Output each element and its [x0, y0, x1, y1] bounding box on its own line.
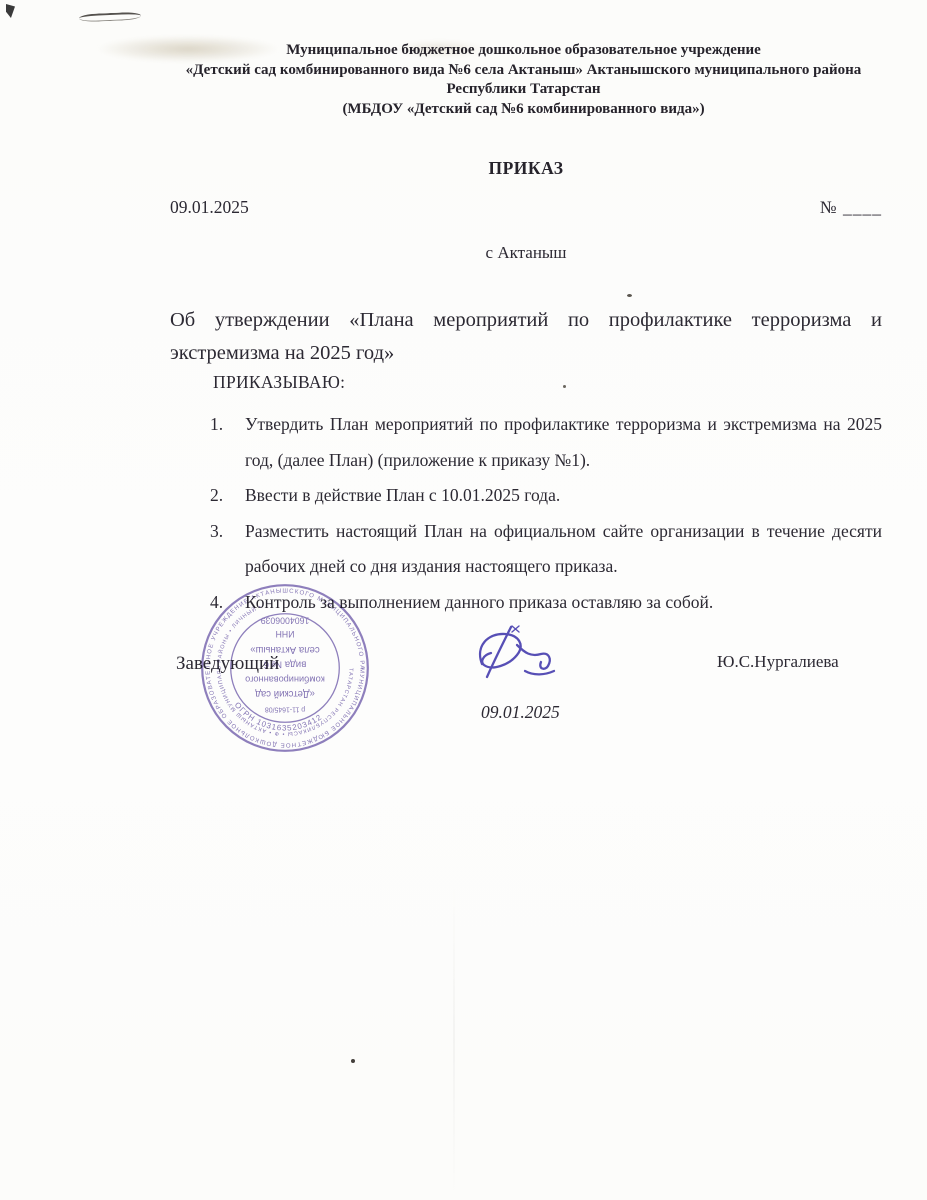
scan-artifact-speck: [563, 385, 566, 388]
subject-line: Об утверждении «Плана мероприятий по про…: [170, 304, 882, 337]
number-blank-line: ____: [843, 197, 882, 217]
org-header-line: Муниципальное бюджетное дошкольное образ…: [150, 41, 897, 61]
item-number: 2.: [210, 478, 223, 514]
item-number: 3.: [210, 514, 223, 550]
scan-artifact-fold-line: [453, 880, 455, 1200]
stamp-line: ИНН: [276, 629, 295, 639]
org-header-line: «Детский сад комбинированного вида №6 се…: [150, 61, 897, 81]
scanned-document-page: Муниципальное бюджетное дошкольное образ…: [0, 0, 927, 1200]
stamp-line: вида № 6: [264, 659, 307, 670]
stamp-line: 1604006039: [261, 615, 310, 625]
org-header-line: (МБДОУ «Детский сад №6 комбинированного …: [150, 100, 897, 120]
item-text: Утвердить План мероприятий по профилакти…: [245, 414, 882, 470]
scan-artifact-pen-streak: [79, 12, 141, 23]
stamp-line: р 11-1645/08: [265, 706, 305, 713]
stamp-line: комбинированного: [245, 674, 325, 684]
signature-cross: [512, 626, 519, 632]
stamp-line: «Детский сад: [255, 688, 315, 699]
date-number-row: 09.01.2025 № ____: [170, 197, 882, 218]
official-stamp: МУНИЦИПАЛЬНОЕ БЮДЖЕТНОЕ ДОШКОЛЬНОЕ ОБРАЗ…: [193, 576, 377, 760]
document-date: 09.01.2025: [170, 197, 249, 218]
document-number: № ____: [820, 197, 882, 218]
order-item: 1. Утвердить План мероприятий по профила…: [170, 407, 882, 478]
stamp-center-lines: р 11-1645/08 «Детский сад комбинированно…: [245, 615, 325, 712]
signature-date: 09.01.2025: [481, 702, 560, 723]
stamp-line: села Актаныш»: [250, 644, 319, 655]
order-item: 3. Разместить настоящий План на официаль…: [170, 514, 882, 585]
document-subject: Об утверждении «Плана мероприятий по про…: [170, 304, 882, 370]
handwritten-signature: [468, 624, 564, 692]
subject-line: экстремизма на 2025 год»: [170, 337, 882, 370]
scan-artifact-speck: [351, 1059, 355, 1063]
org-header: Муниципальное бюджетное дошкольное образ…: [150, 41, 897, 119]
scan-artifact-corner-speck: [6, 4, 15, 18]
item-text: Ввести в действие План с 10.01.2025 года…: [245, 485, 560, 505]
item-number: 1.: [210, 407, 223, 443]
item-text: Разместить настоящий План на официальном…: [245, 521, 882, 577]
document-title: ПРИКАЗ: [170, 158, 882, 179]
order-item: 2. Ввести в действие План с 10.01.2025 г…: [170, 478, 882, 514]
signature-flick: [525, 671, 554, 674]
scan-artifact-speck: [627, 294, 632, 297]
signature-tail: [517, 645, 550, 669]
number-label: №: [820, 197, 838, 217]
resolution-word: ПРИКАЗЫВАЮ:: [213, 372, 345, 393]
document-place: с Актаныш: [170, 243, 882, 263]
signer-name: Ю.С.Нургалиева: [717, 652, 839, 672]
org-header-line: Республики Татарстан: [150, 80, 897, 100]
